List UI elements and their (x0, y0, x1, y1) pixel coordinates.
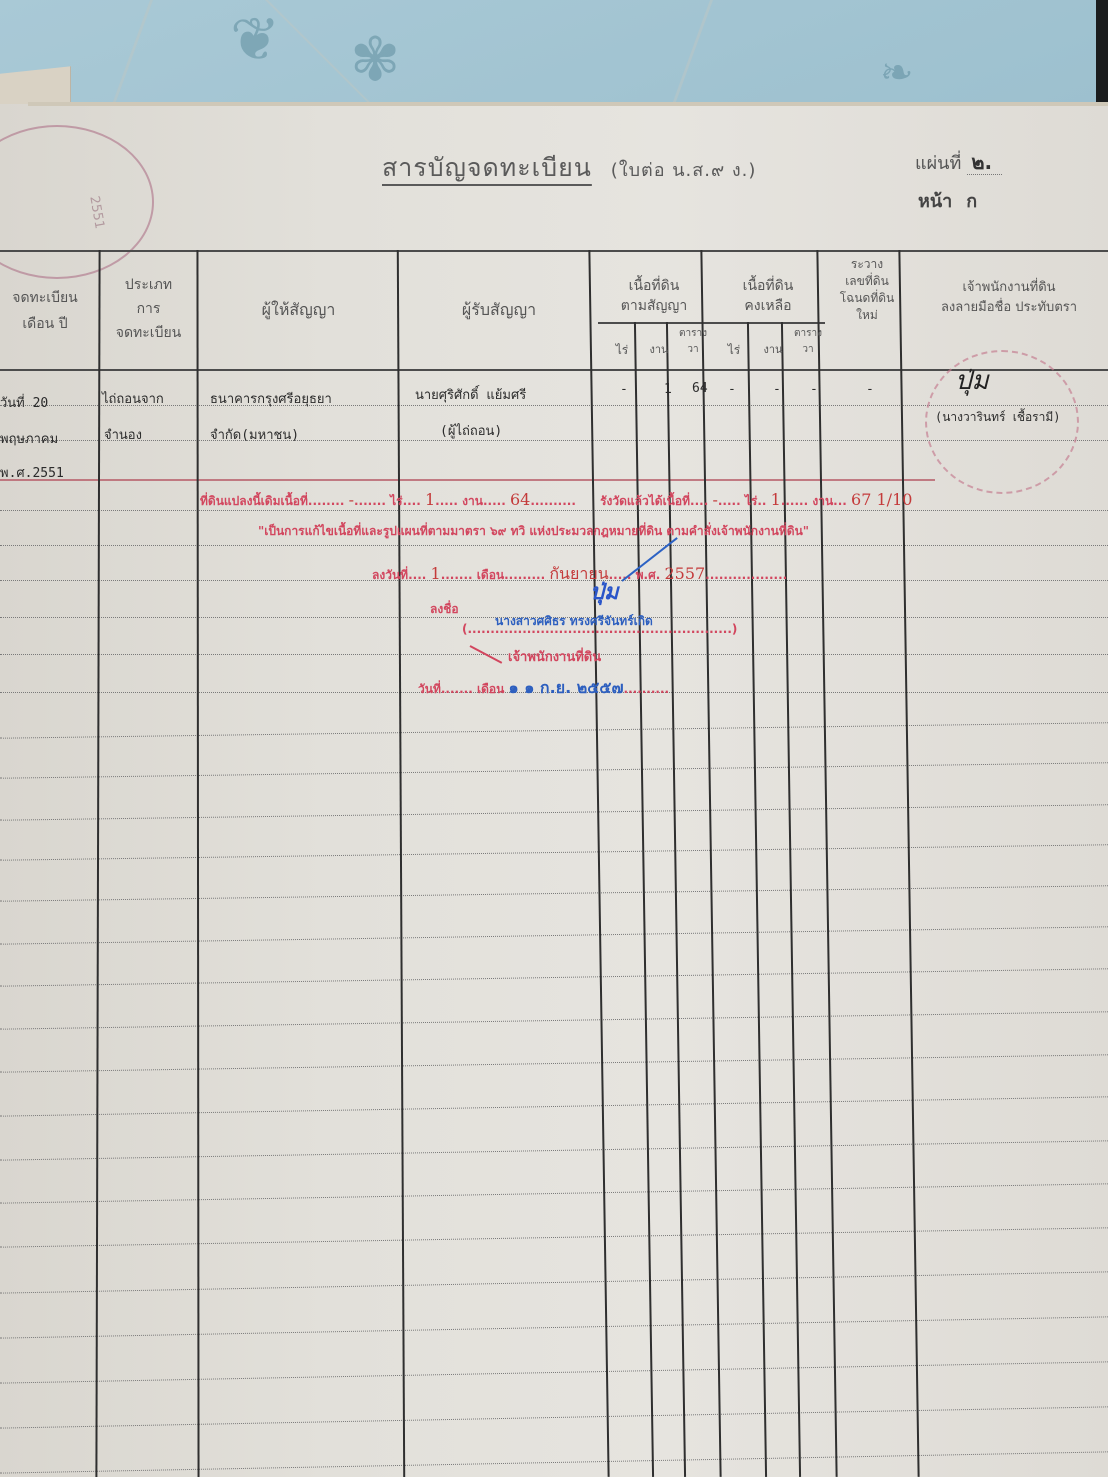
unit-rai-remaining: ไร่ (714, 340, 754, 360)
officer-name: (นางวารินทร์ เชื้อรามี) (935, 408, 1061, 427)
paper-edge (28, 102, 1108, 106)
annotation-ngan2-label: งาน (812, 494, 833, 508)
page-label: หน้า (918, 191, 952, 212)
header-area-contract-line2: ตามสัญญา (598, 296, 710, 316)
entry-end-red-line (0, 479, 935, 481)
land-officer-blue-signature: ปุ่ม (590, 574, 618, 609)
header-grantee: ผู้รับสัญญา (400, 300, 598, 320)
page-number: หน้าก (918, 186, 977, 215)
title-suffix: (ใบต่อ น.ส.๙ ง.) (611, 160, 757, 181)
header-area-remaining: เนื้อที่ดิน คงเหลือ (710, 276, 826, 316)
row-parcel: - (866, 382, 874, 397)
officer-signature: ปุ่ม (955, 360, 989, 401)
row-contract-rai: - (620, 382, 628, 397)
tile-pattern-icon: ❧ (880, 50, 914, 96)
annotation-year-value: 2557 (664, 564, 705, 583)
header-officer-line1: เจ้าพนักงานที่ดิน (910, 278, 1108, 298)
header-parcel-line1: ระวาง (826, 256, 908, 273)
annotation-sq-wa-value: 64 (510, 490, 530, 509)
annotation-final-date-line: วันที่....... เดือน ๑ ๑ ก.ย. ๒๕๕๗.......… (418, 676, 669, 701)
row-grantee-line2: (ผู้ไถ่ถอน) (440, 420, 502, 441)
annotation-date-line: ลงวันที่.... 1....... เดือน......... กัน… (372, 562, 787, 587)
annotation-sign-label: ลงชื่อ (430, 600, 459, 619)
header-parcel-line4: ใหม่ (826, 307, 908, 324)
annotation-final-month-label: เดือน (477, 682, 504, 696)
header-type-line1: ประเภท (100, 275, 197, 295)
header-registration-date: จดทะเบียน เดือน ปี (0, 288, 95, 334)
sheet-value: ๒. (967, 150, 1002, 175)
annotation-signer-role: เจ้าพนักงานที่ดิน (508, 646, 601, 667)
header-bottom-border (0, 369, 1108, 371)
annotation-rai-label: ไร่ (390, 494, 402, 508)
annotation-day-value: 1 (431, 564, 441, 583)
row-date-month: พฤษภาคม (0, 428, 58, 449)
header-parcel-line3: โฉนดที่ดิน (826, 290, 908, 307)
header-land-officer: เจ้าพนักงานที่ดิน ลงลายมือชื่อ ประทับตรา (910, 278, 1108, 318)
header-officer-line2: ลงลายมือชื่อ ประทับตรา (910, 298, 1108, 318)
annotation-signer-paren: (.......................................… (462, 622, 737, 636)
row-remain-ngan: - (773, 382, 781, 397)
header-date-line1: จดทะเบียน (0, 288, 95, 308)
annotation-rai2-label: ไร่ (745, 494, 757, 508)
row-grantee-line1: นายศุริศักดิ์ แย้มศรี (415, 384, 526, 405)
header-date-line2: เดือน ปี (0, 314, 95, 334)
annotation-surveyed-label: รังวัดแล้วได้เนื้อที่ (600, 494, 690, 508)
annotation-ngan2-value: 1 (771, 490, 781, 509)
header-parcel-info: ระวาง เลขที่ดิน โฉนดที่ดิน ใหม่ (826, 256, 908, 324)
annotation-final-date-value: ๑ ๑ ก.ย. ๒๕๕๗ (508, 678, 623, 697)
row-grantor-line2: จำกัด(มหาชน) (210, 424, 299, 445)
row-type-line2: จำนอง (104, 424, 142, 445)
unit-sq-wa-remaining: ตาราง วา (791, 326, 825, 358)
header-area-by-contract: เนื้อที่ดิน ตามสัญญา (598, 276, 710, 316)
annotation-sq-wa2-value: 67 1/10 (851, 490, 912, 509)
row-remain-rai: - (728, 382, 736, 397)
annotation-legal-note: "เป็นการแก้ไขเนื้อที่และรูปแผนที่ตามมาตร… (258, 522, 809, 541)
annotation-area-line: ที่ดินแปลงนี้เดิมเนื้อที่........ -.....… (200, 490, 912, 511)
sheet-number: แผ่นที่๒. (915, 146, 1002, 178)
row-date-day: วันที่ 20 (0, 392, 48, 413)
sheet-label: แผ่นที่ (915, 153, 961, 174)
unit-ngan-remaining: งาน (757, 340, 789, 360)
unit-ngan: งาน (644, 340, 674, 360)
title-main: สารบัญจดทะเบียน (382, 153, 592, 182)
tile-pattern-icon: ✾ (350, 25, 400, 95)
header-grantor: ผู้ให้สัญญา (197, 300, 400, 320)
row-remain-sq-wa: - (810, 382, 818, 397)
edge-shadow (1096, 0, 1108, 110)
unit-sq-wa: ตาราง วา (676, 326, 710, 358)
header-area-contract-line1: เนื้อที่ดิน (598, 276, 710, 296)
row-type-line1: ไถ่ถอนจาก (102, 388, 164, 409)
tile-pattern-icon: ❦ (230, 5, 280, 75)
header-registration-type: ประเภท การ จดทะเบียน (100, 275, 197, 343)
annotation-date-label: ลงวันที่ (372, 568, 408, 582)
row-date-year: พ.ศ.2551 (0, 462, 64, 483)
header-area-remaining-line2: คงเหลือ (710, 296, 826, 316)
annotation-ngan-label: งาน (462, 494, 483, 508)
document-title: สารบัญจดทะเบียน (ใบต่อ น.ส.๙ ง.) (382, 148, 756, 188)
annotation-final-date-label: วันที่ (418, 682, 441, 696)
annotation-year-label: พ.ศ. (636, 568, 661, 582)
header-type-line2: การ (100, 299, 197, 319)
page-value: ก (966, 191, 977, 212)
ruled-line (0, 545, 1108, 546)
annotation-prefix: ที่ดินแปลงนี้เดิมเนื้อที่ (200, 494, 308, 508)
table-top-border (0, 250, 1108, 252)
annotation-ngan-value: 1 (425, 490, 435, 509)
row-grantor-line1: ธนาคารกรุงศรีอยุธยา (210, 388, 332, 409)
row-contract-ngan: 1 (664, 382, 672, 397)
header-parcel-line2: เลขที่ดิน (826, 273, 908, 290)
unit-rai: ไร่ (603, 340, 641, 360)
subheader-border (598, 322, 825, 324)
header-area-remaining-line1: เนื้อที่ดิน (710, 276, 826, 296)
annotation-month-label: เดือน (477, 568, 504, 582)
header-type-line3: จดทะเบียน (100, 323, 197, 343)
row-contract-sq-wa: 64 (692, 381, 708, 396)
